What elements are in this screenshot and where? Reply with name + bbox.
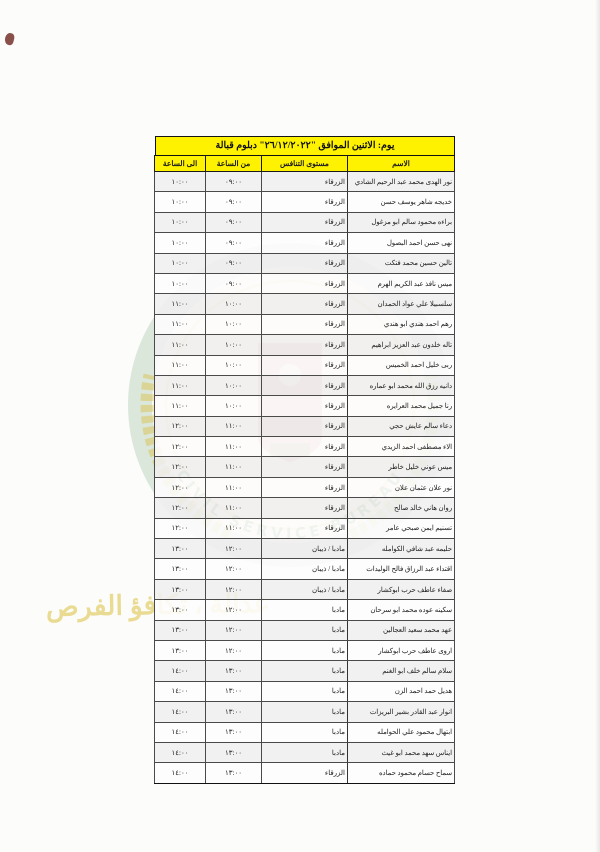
table-row: اقتداء عبد الرزاق فالح الوليداتمادبا / ذ…: [155, 559, 455, 579]
competition-level-cell: مادبا: [262, 722, 348, 742]
student-name-cell: رنا جميل محمد العرايره: [348, 396, 455, 416]
to-time-cell: ١٣:٠٠: [155, 640, 206, 660]
from-time-cell: ١٠:٠٠: [206, 396, 262, 416]
to-time-cell: ١٠:٠٠: [155, 273, 206, 293]
from-time-cell: ١٣:٠٠: [206, 681, 262, 701]
competition-level-cell: الزرقاء: [262, 172, 348, 192]
from-time-cell: ٠٩:٠٠: [206, 253, 262, 273]
from-time-cell: ٠٩:٠٠: [206, 212, 262, 232]
student-name-cell: دانيه رزق الله محمد ابو عماره: [348, 375, 455, 395]
column-header-from: من الساعة: [206, 156, 262, 172]
column-header-to: الى الساعة: [155, 156, 206, 172]
table-row: تسنيم ايمن صبحي عامرالزرقاء١١:٠٠١٢:٠٠: [155, 518, 455, 538]
to-time-cell: ١٢:٠٠: [155, 477, 206, 497]
to-time-cell: ١٣:٠٠: [155, 600, 206, 620]
table-row: روان هاني خالد صالحالزرقاء١١:٠٠١٢:٠٠: [155, 498, 455, 518]
table-row: الاء مصطفى احمد الزيديالزرقاء١١:٠٠١٢:٠٠: [155, 437, 455, 457]
from-time-cell: ١٣:٠٠: [206, 763, 262, 783]
table-row: اروى عاطف حرب ابوكشارمادبا١٢:٠٠١٣:٠٠: [155, 640, 455, 660]
table-row: سلسبيلا علي عواد الحمدانالزرقاء١٠:٠٠١١:٠…: [155, 294, 455, 314]
table-row: ابتهال محمود علي الحواملهمادبا١٣:٠٠١٤:٠٠: [155, 722, 455, 742]
table-row: سلام سالم خلف ابو الغنممادبا١٣:٠٠١٤:٠٠: [155, 661, 455, 681]
student-name-cell: سكينه عوده محمد ابو سرحان: [348, 600, 455, 620]
to-time-cell: ١٠:٠٠: [155, 253, 206, 273]
from-time-cell: ١٠:٠٠: [206, 314, 262, 334]
column-header-level: مستوى التنافس: [262, 156, 348, 172]
table-body: نور الهدى محمد عبد الرحيم الشاديالزرقاء٠…: [155, 172, 455, 784]
to-time-cell: ١٠:٠٠: [155, 212, 206, 232]
competition-level-cell: مادبا: [262, 702, 348, 722]
schedule-grid: الاسم مستوى التنافس من الساعة الى الساعة…: [154, 155, 455, 784]
from-time-cell: ٠٩:٠٠: [206, 172, 262, 192]
to-time-cell: ١٢:٠٠: [155, 498, 206, 518]
student-name-cell: ايناس سهد محمد ابو غيث: [348, 742, 455, 762]
competition-level-cell: الزرقاء: [262, 273, 348, 293]
table-row: نور علان عثمان علانالزرقاء١١:٠٠١٢:٠٠: [155, 477, 455, 497]
table-row: تالين حسين محمد فتكتالزرقاء٠٩:٠٠١٠:٠٠: [155, 253, 455, 273]
from-time-cell: ٠٩:٠٠: [206, 233, 262, 253]
student-name-cell: سلام سالم خلف ابو الغنم: [348, 661, 455, 681]
from-time-cell: ١٢:٠٠: [206, 559, 262, 579]
to-time-cell: ١٣:٠٠: [155, 559, 206, 579]
from-time-cell: ١١:٠٠: [206, 477, 262, 497]
to-time-cell: ١٤:٠٠: [155, 722, 206, 742]
table-row: حليمه عبد شافي الكواملهمادبا / ذيبان١٢:٠…: [155, 539, 455, 559]
from-time-cell: ١١:٠٠: [206, 437, 262, 457]
to-time-cell: ١٢:٠٠: [155, 416, 206, 436]
to-time-cell: ١٤:٠٠: [155, 763, 206, 783]
competition-level-cell: الزرقاء: [262, 212, 348, 232]
competition-level-cell: مادبا / ذيبان: [262, 579, 348, 599]
to-time-cell: ١٤:٠٠: [155, 742, 206, 762]
table-row: رنا جميل محمد العرايرهالزرقاء١٠:٠٠١١:٠٠: [155, 396, 455, 416]
from-time-cell: ١٣:٠٠: [206, 661, 262, 681]
student-name-cell: نور علان عثمان علان: [348, 477, 455, 497]
competition-level-cell: مادبا: [262, 620, 348, 640]
student-name-cell: سماح حسام محمود حماده: [348, 763, 455, 783]
competition-level-cell: الزرقاء: [262, 294, 348, 314]
from-time-cell: ١٠:٠٠: [206, 355, 262, 375]
from-time-cell: ١١:٠٠: [206, 498, 262, 518]
student-name-cell: حليمه عبد شافي الكوامله: [348, 539, 455, 559]
from-time-cell: ١١:٠٠: [206, 416, 262, 436]
table-row: نور الهدى محمد عبد الرحيم الشاديالزرقاء٠…: [155, 172, 455, 192]
to-time-cell: ١١:٠٠: [155, 355, 206, 375]
competition-level-cell: الزرقاء: [262, 396, 348, 416]
from-time-cell: ١٢:٠٠: [206, 600, 262, 620]
schedule-table: يوم: الاثنين الموافق "٢٦/١٢/٢٠٢٢" دبلوم …: [155, 136, 455, 784]
student-name-cell: صفاء عاطف حرب ابوكشار: [348, 579, 455, 599]
to-time-cell: ١٢:٠٠: [155, 437, 206, 457]
table-row: سماح حسام محمود حمادهالزرقاء١٣:٠٠١٤:٠٠: [155, 763, 455, 783]
table-row: تاله خلدون عبد العزيز ابراهيمالزرقاء١٠:٠…: [155, 335, 455, 355]
to-time-cell: ١١:٠٠: [155, 314, 206, 334]
table-title: يوم: الاثنين الموافق "٢٦/١٢/٢٠٢٢" دبلوم …: [155, 136, 455, 155]
competition-level-cell: الزرقاء: [262, 763, 348, 783]
student-name-cell: انوار عبد القادر بشير البريزات: [348, 702, 455, 722]
table-row: سكينه عوده محمد ابو سرحانمادبا١٢:٠٠١٣:٠٠: [155, 600, 455, 620]
to-time-cell: ١٢:٠٠: [155, 457, 206, 477]
table-row: ميس نافذ عبد الكريم الهرمالزرقاء٠٩:٠٠١٠:…: [155, 273, 455, 293]
from-time-cell: ١٣:٠٠: [206, 702, 262, 722]
to-time-cell: ١٣:٠٠: [155, 620, 206, 640]
student-name-cell: هديل حمد احمد الزن: [348, 681, 455, 701]
student-name-cell: نور الهدى محمد عبد الرحيم الشادي: [348, 172, 455, 192]
competition-level-cell: مادبا: [262, 640, 348, 660]
student-name-cell: تاله خلدون عبد العزيز ابراهيم: [348, 335, 455, 355]
to-time-cell: ١١:٠٠: [155, 294, 206, 314]
table-row: ربى خليل احمد الخميسالزرقاء١٠:٠٠١١:٠٠: [155, 355, 455, 375]
student-name-cell: تالين حسين محمد فتكت: [348, 253, 455, 273]
competition-level-cell: الزرقاء: [262, 477, 348, 497]
table-row: دعاء سالم عايش حجيالزرقاء١١:٠٠١٢:٠٠: [155, 416, 455, 436]
from-time-cell: ١٢:٠٠: [206, 579, 262, 599]
from-time-cell: ٠٩:٠٠: [206, 273, 262, 293]
from-time-cell: ١١:٠٠: [206, 457, 262, 477]
student-name-cell: براءه محمود سالم ابو مزغول: [348, 212, 455, 232]
table-row: هديل حمد احمد الزنمادبا١٣:٠٠١٤:٠٠: [155, 681, 455, 701]
table-row: ميس عوني خليل خاطرالزرقاء١١:٠٠١٢:٠٠: [155, 457, 455, 477]
competition-level-cell: الزرقاء: [262, 498, 348, 518]
to-time-cell: ١٤:٠٠: [155, 681, 206, 701]
table-row: انوار عبد القادر بشير البريزاتمادبا١٣:٠٠…: [155, 702, 455, 722]
competition-level-cell: مادبا: [262, 661, 348, 681]
student-name-cell: الاء مصطفى احمد الزيدي: [348, 437, 455, 457]
student-name-cell: نهى حسن احمد البصول: [348, 233, 455, 253]
from-time-cell: ١٠:٠٠: [206, 335, 262, 355]
to-time-cell: ١٠:٠٠: [155, 233, 206, 253]
student-name-cell: ابتهال محمود علي الحوامله: [348, 722, 455, 742]
to-time-cell: ١٤:٠٠: [155, 702, 206, 722]
from-time-cell: ١٢:٠٠: [206, 539, 262, 559]
from-time-cell: ١٠:٠٠: [206, 375, 262, 395]
table-row: رهم احمد هندي ابو هنديالزرقاء١٠:٠٠١١:٠٠: [155, 314, 455, 334]
column-header-name: الاسم: [348, 156, 455, 172]
header-row: الاسم مستوى التنافس من الساعة الى الساعة: [155, 156, 455, 172]
competition-level-cell: الزرقاء: [262, 314, 348, 334]
competition-level-cell: مادبا: [262, 600, 348, 620]
competition-level-cell: مادبا: [262, 681, 348, 701]
competition-level-cell: مادبا / ذيبان: [262, 539, 348, 559]
scanned-page: CIVIL SERVICE BUREAU عدالة ، تكافؤ الفرص…: [0, 0, 600, 852]
from-time-cell: ١٢:٠٠: [206, 640, 262, 660]
to-time-cell: ١١:٠٠: [155, 335, 206, 355]
student-name-cell: تسنيم ايمن صبحي عامر: [348, 518, 455, 538]
to-time-cell: ١١:٠٠: [155, 396, 206, 416]
table-row: خديجه شاهر يوسف حسنالزرقاء٠٩:٠٠١٠:٠٠: [155, 192, 455, 212]
student-name-cell: اقتداء عبد الرزاق فالح الوليدات: [348, 559, 455, 579]
table-row: براءه محمود سالم ابو مزغولالزرقاء٠٩:٠٠١٠…: [155, 212, 455, 232]
student-name-cell: اروى عاطف حرب ابوكشار: [348, 640, 455, 660]
competition-level-cell: الزرقاء: [262, 233, 348, 253]
to-time-cell: ١٣:٠٠: [155, 539, 206, 559]
from-time-cell: ١٣:٠٠: [206, 742, 262, 762]
from-time-cell: ١١:٠٠: [206, 518, 262, 538]
table-row: ايناس سهد محمد ابو غيثمادبا١٣:٠٠١٤:٠٠: [155, 742, 455, 762]
competition-level-cell: الزرقاء: [262, 416, 348, 436]
student-name-cell: دعاء سالم عايش حجي: [348, 416, 455, 436]
from-time-cell: ١٠:٠٠: [206, 294, 262, 314]
table-row: نهى حسن احمد البصولالزرقاء٠٩:٠٠١٠:٠٠: [155, 233, 455, 253]
student-name-cell: عهد محمد سعيد العجالين: [348, 620, 455, 640]
competition-level-cell: الزرقاء: [262, 457, 348, 477]
to-time-cell: ١٠:٠٠: [155, 192, 206, 212]
table-row: دانيه رزق الله محمد ابو عمارهالزرقاء١٠:٠…: [155, 375, 455, 395]
student-name-cell: ميس نافذ عبد الكريم الهرم: [348, 273, 455, 293]
competition-level-cell: الزرقاء: [262, 437, 348, 457]
table-row: عهد محمد سعيد العجالينمادبا١٢:٠٠١٣:٠٠: [155, 620, 455, 640]
competition-level-cell: الزرقاء: [262, 518, 348, 538]
from-time-cell: ١٢:٠٠: [206, 620, 262, 640]
student-name-cell: رهم احمد هندي ابو هندي: [348, 314, 455, 334]
competition-level-cell: الزرقاء: [262, 335, 348, 355]
to-time-cell: ١٤:٠٠: [155, 661, 206, 681]
student-name-cell: ربى خليل احمد الخميس: [348, 355, 455, 375]
page-scan-edge: [595, 0, 600, 852]
student-name-cell: روان هاني خالد صالح: [348, 498, 455, 518]
to-time-cell: ١١:٠٠: [155, 375, 206, 395]
competition-level-cell: الزرقاء: [262, 192, 348, 212]
to-time-cell: ١٠:٠٠: [155, 172, 206, 192]
student-name-cell: ميس عوني خليل خاطر: [348, 457, 455, 477]
competition-level-cell: مادبا: [262, 742, 348, 762]
scan-artifact-mark: [4, 32, 16, 46]
from-time-cell: ١٣:٠٠: [206, 722, 262, 742]
table-row: صفاء عاطف حرب ابوكشارمادبا / ذيبان١٢:٠٠١…: [155, 579, 455, 599]
from-time-cell: ٠٩:٠٠: [206, 192, 262, 212]
competition-level-cell: مادبا / ذيبان: [262, 559, 348, 579]
competition-level-cell: الزرقاء: [262, 253, 348, 273]
student-name-cell: خديجه شاهر يوسف حسن: [348, 192, 455, 212]
to-time-cell: ١٢:٠٠: [155, 518, 206, 538]
to-time-cell: ١٣:٠٠: [155, 579, 206, 599]
student-name-cell: سلسبيلا علي عواد الحمدان: [348, 294, 455, 314]
competition-level-cell: الزرقاء: [262, 355, 348, 375]
competition-level-cell: الزرقاء: [262, 375, 348, 395]
